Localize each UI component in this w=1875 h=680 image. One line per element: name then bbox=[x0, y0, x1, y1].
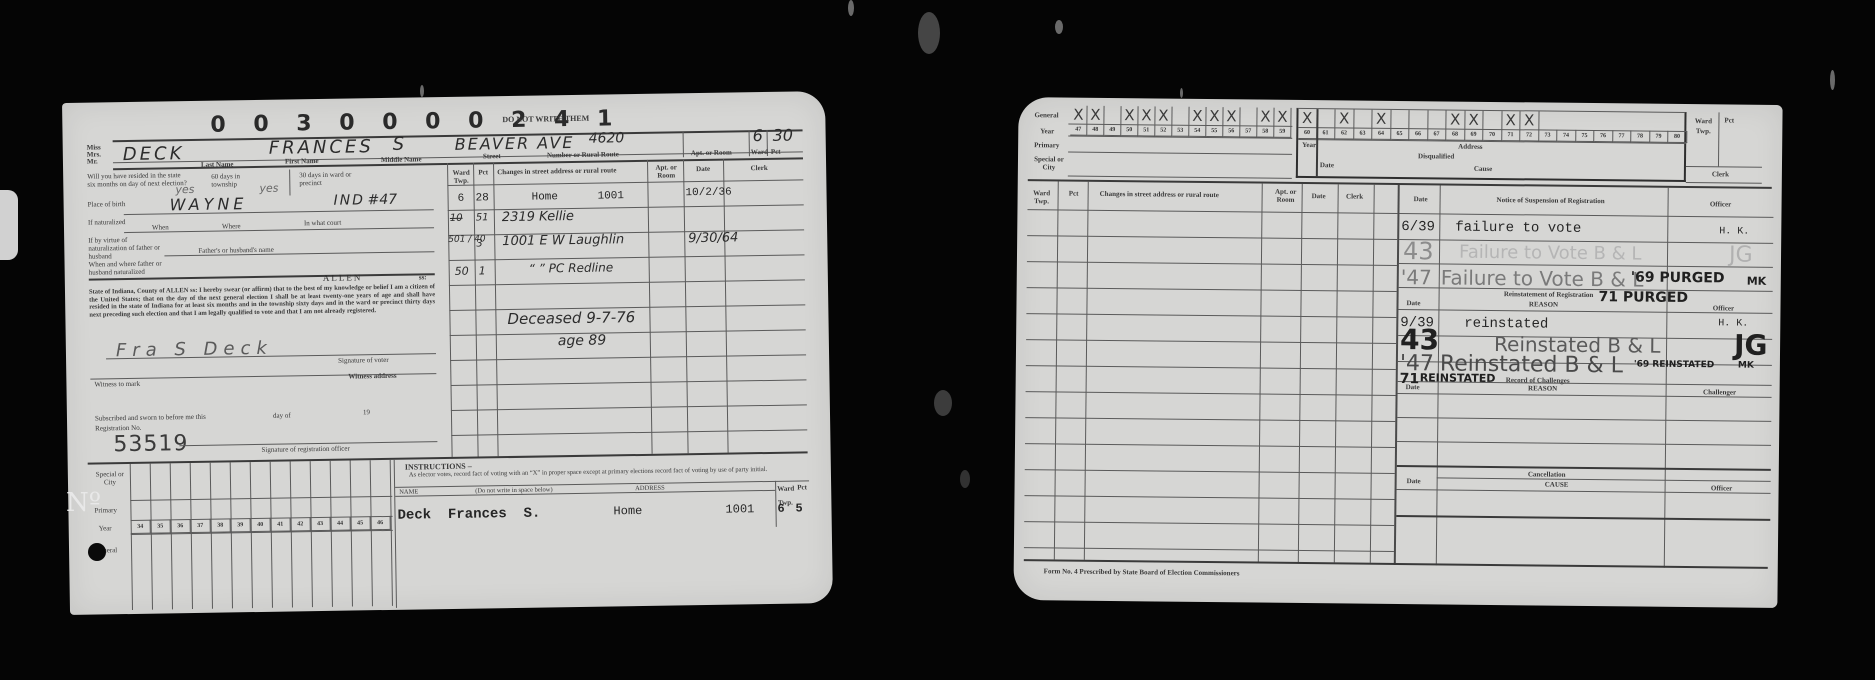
street-label: Street bbox=[483, 152, 501, 160]
rule bbox=[130, 464, 133, 610]
rule bbox=[451, 404, 807, 411]
township-answer: yes bbox=[259, 182, 278, 195]
box-year-label: Year bbox=[1302, 141, 1316, 149]
year-cell: 52 bbox=[1155, 124, 1172, 136]
reinstated-1969-stamp: '69 REINSTATED bbox=[1634, 359, 1714, 370]
year-cell: 70 bbox=[1483, 129, 1502, 141]
row4-ward: 50 bbox=[455, 265, 469, 278]
typed-street: Home bbox=[613, 504, 642, 518]
year-cell: 53 bbox=[1172, 125, 1189, 137]
year-grid-b: 6061626364656667686970717273747576777879… bbox=[1296, 108, 1687, 182]
year-cell: 45 bbox=[351, 516, 371, 530]
suspension-date-2: 43 bbox=[1403, 237, 1434, 265]
disqualified-label: Disqualified bbox=[1418, 152, 1454, 160]
col-suspension-notice: Notice of Suspension of Registration bbox=[1446, 195, 1656, 205]
vote-mark: X bbox=[1257, 108, 1274, 126]
vote-mark: X bbox=[1070, 106, 1087, 124]
prefix-mr: Mr. bbox=[87, 158, 101, 165]
row-special-city: Special or City bbox=[1032, 155, 1066, 171]
middle-name-value: S bbox=[393, 134, 405, 155]
registration-card-back: General Year Primary Special or City 474… bbox=[1013, 97, 1782, 608]
col-officer: Officer bbox=[1676, 200, 1766, 209]
reinstatement-date-header: Date bbox=[1406, 299, 1420, 307]
year-cell: 50 bbox=[1121, 124, 1138, 136]
rule bbox=[230, 462, 233, 608]
year-cell: 77 bbox=[1613, 130, 1632, 142]
row2-pct: 51 bbox=[476, 212, 489, 223]
reinstatement-officer-3: MK bbox=[1738, 361, 1754, 371]
cause-label: Cause bbox=[1474, 165, 1492, 173]
row-year: Year bbox=[1040, 127, 1054, 135]
registration-card-front: 0 0 3 0 0 0 0 2 4 1 DO NOT WRITE THEM Mi… bbox=[62, 91, 833, 615]
year-cell: 74 bbox=[1557, 130, 1576, 142]
rule bbox=[1718, 112, 1720, 166]
rule bbox=[350, 461, 353, 607]
vote-mark: X bbox=[1274, 108, 1291, 126]
rule bbox=[330, 461, 333, 607]
year-cell: 62 bbox=[1335, 127, 1354, 139]
first-name-value: FRANCES bbox=[269, 136, 374, 159]
suspension-officer-1: H. K. bbox=[1719, 226, 1749, 237]
by-virtue-label: If by virtue of naturalization of father… bbox=[88, 235, 160, 260]
rule bbox=[1397, 441, 1771, 446]
vote-mark: X bbox=[1223, 107, 1240, 125]
suspension-officer-3: MK bbox=[1747, 275, 1767, 288]
vote-mark bbox=[1428, 110, 1447, 128]
general-marks-a: XXXXXXXXXX bbox=[1070, 106, 1290, 126]
year-cell: 35 bbox=[151, 519, 171, 533]
year-cell: 60 bbox=[1298, 127, 1317, 139]
number-or-rural-label: Number or Rural Route bbox=[547, 150, 619, 159]
year-prefix-label: 19 bbox=[363, 408, 370, 417]
typed-name: Deck Frances S. bbox=[397, 506, 540, 524]
typed-ward: 6 bbox=[777, 502, 784, 516]
year-cell: 58 bbox=[1257, 126, 1274, 138]
rule bbox=[289, 169, 290, 195]
ward-value: 6 bbox=[752, 126, 762, 145]
year-cell: 38 bbox=[211, 518, 231, 532]
address-label: Address bbox=[1458, 143, 1482, 151]
col-ward-twp: Ward Twp. bbox=[1028, 189, 1056, 205]
row2-address: 2319 Kellie bbox=[502, 209, 574, 225]
col-apt-room: Apt. or Room bbox=[1272, 188, 1300, 204]
col-date: Date bbox=[1402, 195, 1440, 203]
year-cell: 44 bbox=[331, 517, 351, 531]
col-date: Date bbox=[687, 165, 719, 174]
county-value: ALLEN bbox=[323, 272, 363, 283]
ward-twp-label: Ward Twp. bbox=[1692, 116, 1714, 136]
rule bbox=[451, 429, 807, 436]
reinstatement-reason-header: REASON bbox=[1458, 300, 1628, 310]
age-note: age 89 bbox=[558, 333, 607, 350]
year-cell: 59 bbox=[1274, 126, 1291, 138]
year-cell: 49 bbox=[1104, 124, 1121, 136]
row4-pct: 1 bbox=[479, 264, 486, 277]
number-value: 4620 bbox=[589, 130, 625, 147]
row1-number: 1001 bbox=[597, 190, 624, 202]
day-of-label: day of bbox=[273, 411, 291, 420]
reinstatement-officer-2: JG bbox=[1734, 329, 1768, 362]
scan-artifact bbox=[1055, 20, 1063, 34]
place-of-birth-label: Place of birth bbox=[88, 200, 128, 209]
suspension-reason-2: Failure to Vote B & L bbox=[1459, 242, 1642, 265]
vote-mark: X bbox=[1335, 109, 1354, 127]
col-date: Date bbox=[1302, 192, 1336, 200]
scan-artifact bbox=[1180, 88, 1183, 98]
birth-state-value: IND bbox=[333, 192, 365, 208]
address-changes-table: Ward Twp. Pct Changes in street address … bbox=[1024, 181, 1316, 564]
year-cell: 42 bbox=[291, 517, 311, 531]
year-cell: 56 bbox=[1223, 125, 1240, 137]
vote-mark bbox=[1172, 107, 1189, 125]
apt-room-label: Apt. or Room bbox=[691, 149, 732, 158]
ward-residency-label: 30 days in ward or precinct bbox=[299, 170, 369, 187]
signature-of-voter-label: Signature of voter bbox=[338, 356, 389, 366]
suspension-reason-1: failure to vote bbox=[1455, 220, 1581, 237]
year-cell: 71 bbox=[1502, 129, 1521, 141]
challenges-reason-header: REASON bbox=[1458, 384, 1628, 394]
rule bbox=[1316, 109, 1319, 177]
scan-artifact bbox=[934, 390, 952, 416]
rule bbox=[1068, 152, 1292, 155]
subscribed-label: Subscribed and sworn to before me this bbox=[95, 413, 206, 424]
year-cell: 73 bbox=[1539, 129, 1558, 141]
row-special-city: Special or City bbox=[92, 470, 128, 487]
rule bbox=[1054, 181, 1059, 559]
rule bbox=[1399, 213, 1773, 218]
precinct-value: 30 bbox=[772, 126, 793, 145]
year-cell: 34 bbox=[131, 520, 151, 534]
vote-mark: X bbox=[1087, 106, 1104, 124]
row4-address: “ ” PC Redline bbox=[529, 260, 614, 275]
if-naturalized-label: If naturalized bbox=[88, 218, 128, 227]
vote-mark bbox=[1391, 110, 1410, 128]
rule bbox=[449, 279, 805, 286]
registration-officer-label: Signature of registration officer bbox=[261, 445, 349, 455]
rule bbox=[370, 460, 373, 606]
year-cell: 66 bbox=[1409, 128, 1428, 140]
year-cell: 46 bbox=[371, 516, 391, 530]
instructions-section: INSTRUCTIONS – As elector votes, record … bbox=[394, 453, 810, 607]
vote-mark: X bbox=[1206, 107, 1223, 125]
clerk-label: Clerk bbox=[1712, 170, 1729, 178]
vote-mark bbox=[1104, 106, 1121, 124]
vote-record-grid: Special or City Primary Year General 343… bbox=[92, 460, 394, 613]
rule bbox=[450, 329, 806, 336]
vote-mark: X bbox=[1446, 110, 1465, 128]
suspension-date-3: '47 bbox=[1401, 265, 1432, 289]
typed-number: 1001 bbox=[725, 502, 754, 516]
col-changes: Changes in street address or rural route bbox=[1100, 190, 1260, 200]
vote-mark: X bbox=[1520, 111, 1539, 129]
date-clerk-columns: Date Clerk bbox=[1298, 184, 1402, 565]
vote-mark bbox=[1354, 110, 1373, 128]
year-cell: 64 bbox=[1372, 128, 1391, 140]
row3-address: 1001 E W Laughlin bbox=[502, 232, 624, 249]
deceased-note: Deceased 9-7-76 bbox=[507, 308, 635, 328]
rule bbox=[1397, 417, 1771, 422]
year-cell: 48 bbox=[1087, 124, 1104, 136]
scan-artifact bbox=[960, 470, 970, 488]
rule bbox=[451, 379, 807, 386]
col-pct: Pct bbox=[475, 168, 491, 176]
col-pct: Pct bbox=[1060, 189, 1088, 197]
row2-ward: 10 bbox=[450, 213, 463, 224]
scan-artifact bbox=[1830, 70, 1835, 90]
rule bbox=[1686, 166, 1762, 168]
year-cell: 76 bbox=[1594, 130, 1613, 142]
rule bbox=[170, 463, 173, 609]
year-cell: 57 bbox=[1240, 125, 1257, 137]
rule bbox=[190, 463, 193, 609]
rule bbox=[270, 462, 273, 608]
suspension-reason-3: Failure to Vote B & L bbox=[1441, 265, 1644, 291]
ss-label: ss: bbox=[419, 273, 427, 281]
registration-number: 53519 bbox=[113, 431, 188, 457]
purged-1969-stamp: '69 PURGED bbox=[1631, 269, 1725, 286]
rule bbox=[395, 490, 775, 497]
scan-artifact bbox=[918, 12, 940, 54]
row3-date: 9/30/64 bbox=[688, 230, 738, 246]
registration-prefix: Nº bbox=[66, 488, 101, 518]
year-cell: 68 bbox=[1446, 128, 1465, 140]
witness-to-mark-label: Witness to mark bbox=[94, 380, 140, 390]
row1-ward: 6 bbox=[457, 193, 464, 205]
year-cell: 69 bbox=[1465, 129, 1484, 141]
rule bbox=[450, 354, 806, 361]
year-cell: 78 bbox=[1631, 130, 1650, 142]
year-cell: 80 bbox=[1668, 131, 1687, 143]
reinstatement-reason-1: reinstated bbox=[1464, 316, 1548, 333]
suspension-section: Date Notice of Suspension of Registratio… bbox=[1394, 185, 1772, 569]
year-cell: 63 bbox=[1354, 128, 1373, 140]
rule bbox=[1664, 188, 1669, 568]
typed-pct: 5 bbox=[795, 501, 802, 515]
row-year: Year bbox=[99, 524, 112, 533]
vote-mark bbox=[1317, 109, 1336, 127]
birth-year-value: #47 bbox=[367, 192, 397, 208]
scan-artifact bbox=[848, 0, 854, 16]
rule bbox=[390, 460, 393, 606]
rule bbox=[250, 462, 253, 608]
rule bbox=[290, 461, 293, 607]
vote-mark: X bbox=[1465, 111, 1484, 129]
rule bbox=[124, 227, 434, 233]
row3-pct: 3 bbox=[476, 238, 483, 249]
year-cell: 47 bbox=[1070, 124, 1087, 136]
rule bbox=[150, 464, 153, 610]
witness-address-label: Witness address bbox=[348, 372, 396, 382]
challenges-date-header: Date bbox=[1406, 383, 1420, 391]
vote-mark: X bbox=[1155, 106, 1172, 124]
year-cell: 37 bbox=[191, 519, 211, 533]
vote-mark: X bbox=[1189, 107, 1206, 125]
when-where-naturalized-label: When and where father or husband natural… bbox=[89, 259, 169, 276]
title-prefix-labels: Miss Mrs. Mr. bbox=[87, 144, 102, 165]
year-cell: 40 bbox=[251, 518, 271, 532]
year-cell: 79 bbox=[1650, 131, 1669, 143]
year-cell: 55 bbox=[1206, 125, 1223, 137]
year-cell: 75 bbox=[1576, 130, 1595, 142]
col-apt-room: Apt. or Room bbox=[651, 163, 681, 179]
ward-label: Ward bbox=[751, 148, 768, 156]
address-changes-table: Ward Twp. Pct Changes in street address … bbox=[447, 157, 808, 457]
rule bbox=[1084, 182, 1089, 560]
vote-mark: X bbox=[1502, 111, 1521, 129]
vote-mark bbox=[1240, 107, 1257, 125]
punch-hole bbox=[88, 543, 106, 561]
residence-question: Will you have resided in the state six m… bbox=[87, 171, 187, 189]
year-cell: 65 bbox=[1391, 128, 1410, 140]
row1-address: Home bbox=[531, 191, 558, 203]
year-cell: 72 bbox=[1520, 129, 1539, 141]
pct-label: Pct bbox=[771, 148, 781, 156]
form-footer: Form No. 4 Prescribed by State Board of … bbox=[1044, 567, 1240, 577]
pct-label-bottom: Pct bbox=[797, 483, 807, 491]
adjacent-card-edge bbox=[0, 190, 18, 260]
vote-mark bbox=[1409, 110, 1428, 128]
in-what-court-label: In what court bbox=[304, 219, 341, 229]
rule bbox=[1686, 182, 1762, 184]
year-cell: 67 bbox=[1428, 128, 1447, 140]
cancellation-cause-header: CAUSE bbox=[1477, 480, 1637, 490]
row-general: General bbox=[1034, 111, 1058, 119]
oath-text: State of Indiana, County of ALLEN ss: I … bbox=[89, 283, 435, 318]
do-not-write-label: DO NOT WRITE THEM bbox=[502, 115, 589, 124]
year-cell: 61 bbox=[1317, 127, 1336, 139]
pct-label: Pct bbox=[1724, 116, 1734, 124]
year-cell: 41 bbox=[271, 517, 291, 531]
col-clerk: Clerk bbox=[1338, 192, 1372, 200]
year-cell: 51 bbox=[1138, 124, 1155, 136]
year-cell: 39 bbox=[231, 518, 251, 532]
rule bbox=[310, 461, 313, 607]
col-clerk: Clerk bbox=[729, 164, 789, 173]
rule bbox=[1258, 184, 1263, 562]
suspension-date-1: 6/39 bbox=[1401, 219, 1435, 235]
vote-mark: X bbox=[1138, 106, 1155, 124]
vote-mark: X bbox=[1298, 109, 1317, 127]
box-date-label: Date bbox=[1320, 161, 1334, 169]
year-cell: 54 bbox=[1189, 125, 1206, 137]
vote-mark bbox=[1483, 111, 1502, 129]
col-ward-twp: Ward Twp. bbox=[449, 169, 473, 185]
rule bbox=[447, 179, 803, 186]
rule bbox=[449, 254, 805, 261]
row1-pct: 28 bbox=[475, 192, 488, 204]
rule bbox=[210, 463, 213, 609]
rule bbox=[1396, 515, 1770, 521]
rule bbox=[395, 480, 809, 488]
suspension-officer-2: JG bbox=[1729, 242, 1753, 267]
scan-artifact bbox=[420, 85, 424, 97]
year-cell: 36 bbox=[171, 519, 191, 533]
year-cell: 43 bbox=[311, 517, 331, 531]
col-changes: Changes in street address or rural route bbox=[497, 166, 637, 176]
vote-mark: X bbox=[1372, 110, 1391, 128]
row-primary: Primary bbox=[1034, 141, 1059, 149]
rule bbox=[1068, 176, 1292, 179]
vote-mark: X bbox=[1121, 106, 1138, 124]
row1-date: 10/2/36 bbox=[685, 187, 731, 200]
cancellation-date-header: Date bbox=[1407, 477, 1421, 485]
